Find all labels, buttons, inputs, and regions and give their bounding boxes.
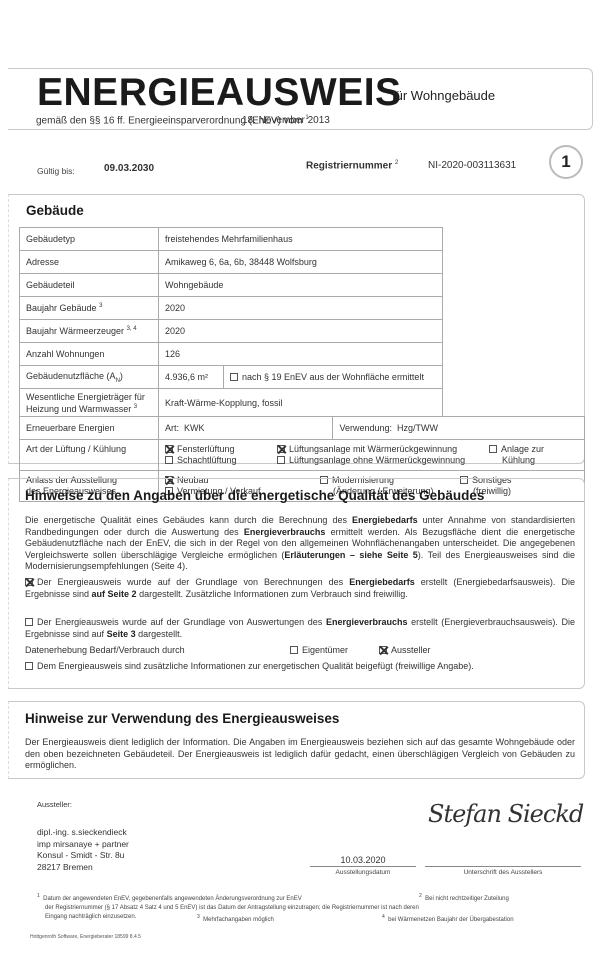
- demand-certificate-option[interactable]: Der Energieausweis wurde auf der Grundla…: [25, 577, 575, 600]
- checkbox[interactable]: [277, 456, 285, 464]
- area-method-option[interactable]: nach § 19 EnEV aus der Wohnfläche ermitt…: [224, 366, 443, 389]
- data-collection-row: Datenerhebung Bedarf/Verbrauch durch Eig…: [25, 645, 575, 657]
- legal-date: 18. November 2013: [242, 115, 330, 126]
- option-ventilation-no-heat-recovery[interactable]: Lüftungsanlage ohne Wärmerückgewinnung: [277, 455, 477, 466]
- option-issuer[interactable]: Aussteller: [379, 645, 431, 657]
- building-section: Gebäude Gebäudetypfreistehendes Mehrfami…: [8, 194, 585, 464]
- building-table: Gebäudetypfreistehendes Mehrfamilienhaus…: [19, 227, 585, 502]
- signature: Stefan Sieckd: [428, 800, 583, 828]
- usage-notes-section: Hinweise zur Verwendung des Energieauswe…: [8, 701, 585, 779]
- checkbox-checked[interactable]: [379, 646, 387, 654]
- building-section-title: Gebäude: [26, 203, 84, 218]
- issue-date-label: Ausstellungsdatum: [310, 869, 416, 876]
- software-credit: Hottgenroth Software, Energieberater 185…: [30, 934, 141, 940]
- area-method-checkbox[interactable]: [230, 373, 238, 381]
- option-shaft-ventilation[interactable]: Schachtlüftung: [165, 455, 265, 466]
- checkbox[interactable]: [165, 456, 173, 464]
- checkbox[interactable]: [290, 646, 298, 654]
- registration-number: NI-2020-003113631: [428, 160, 516, 171]
- document-title: ENERGIEAUSWEIS: [37, 71, 402, 115]
- table-row-ventilation: Art der Lüftung / Kühlung Fensterlüftung…: [20, 440, 585, 471]
- checkbox[interactable]: [25, 618, 33, 626]
- issue-date: 10.03.2020: [310, 855, 416, 867]
- option-window-ventilation[interactable]: Fensterlüftung: [165, 444, 265, 455]
- quality-notes-section: Hinweise zu den Angaben über die energet…: [8, 478, 585, 689]
- signature-label: Unterschrift des Ausstellers: [425, 869, 581, 876]
- usage-notes-text: Der Energieausweis dient lediglich der I…: [25, 737, 575, 772]
- checkbox[interactable]: [489, 445, 497, 453]
- checkbox[interactable]: [25, 662, 33, 670]
- consumption-certificate-option[interactable]: Der Energieausweis wurde auf der Grundla…: [25, 617, 575, 640]
- quality-notes-title: Hinweise zu den Angaben über die energet…: [25, 488, 484, 503]
- option-owner[interactable]: Eigentümer: [290, 645, 348, 657]
- checkbox-checked[interactable]: [25, 578, 33, 586]
- checkbox-checked[interactable]: [165, 445, 173, 453]
- usage-notes-title: Hinweise zur Verwendung des Energieauswe…: [25, 711, 339, 726]
- signature-line: [425, 866, 581, 867]
- page-number-badge: 1: [549, 145, 583, 179]
- valid-until-label: Gültig bis:: [37, 166, 75, 176]
- issuer-address: dipl.-ing. s.sieckendieck imp mirsanaye …: [37, 827, 129, 873]
- footnotes: 1 Datum der angewendeten EnEV, gegebenen…: [37, 892, 582, 922]
- checkbox-checked[interactable]: [277, 445, 285, 453]
- quality-intro-text: Die energetische Qualität eines Gebäudes…: [25, 515, 575, 573]
- registration-label: Registriernummer 2: [306, 160, 398, 171]
- option-ventilation-heat-recovery[interactable]: Lüftungsanlage mit Wärmerückgewinnung: [277, 444, 477, 455]
- additional-info-option[interactable]: Dem Energieausweis sind zusätzliche Info…: [25, 661, 575, 673]
- option-cooling[interactable]: Anlage zur Kühlung: [489, 444, 544, 466]
- table-row: Gebäudetypfreistehendes Mehrfamilienhaus: [20, 228, 585, 251]
- valid-until-date: 09.03.2030: [104, 163, 154, 174]
- table-row-renewable: Erneuerbare Energien Art: KWK Verwendung…: [20, 417, 585, 440]
- building-type-subtitle: für Wohngebäude: [392, 88, 495, 103]
- issuer-label: Aussteller:: [37, 800, 72, 809]
